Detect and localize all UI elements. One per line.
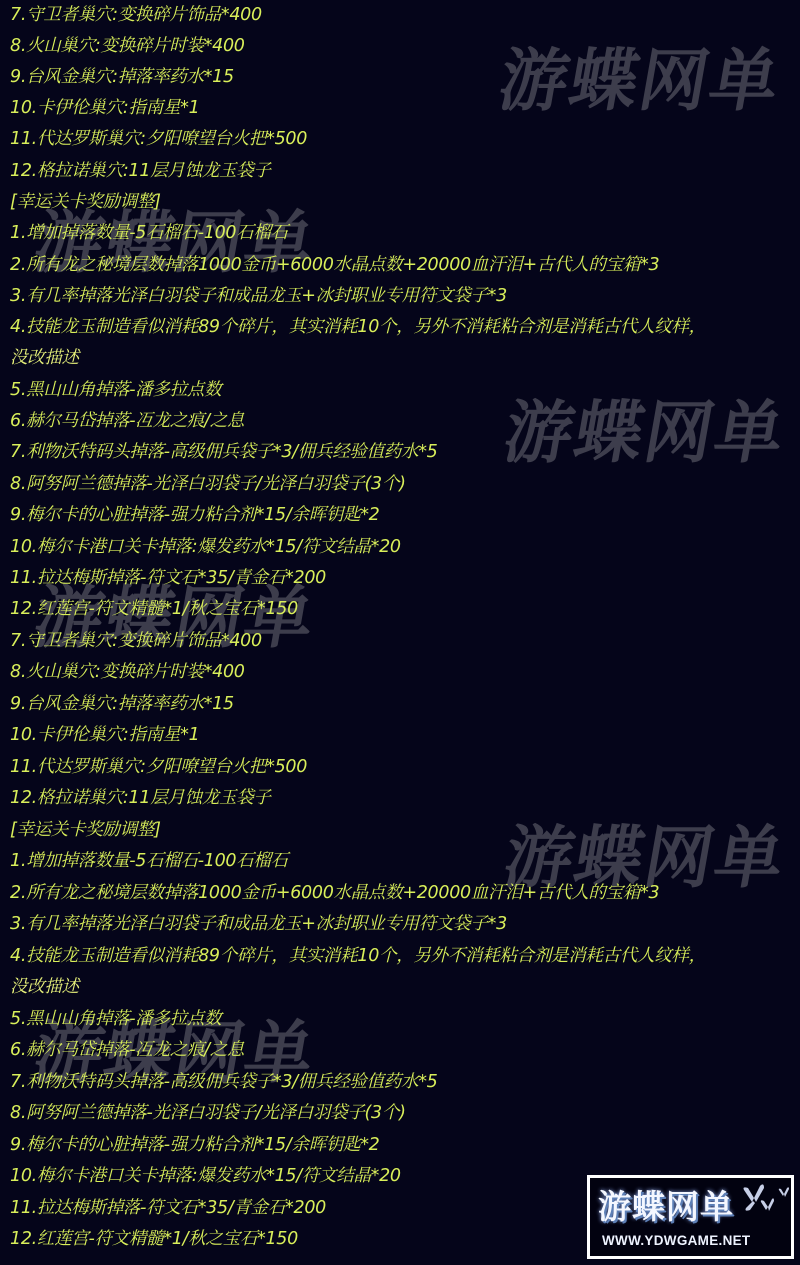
text-line: 没改描述 — [10, 343, 79, 374]
text-line: 12.红莲宫-符文精髓*1/秋之宝石*150 — [10, 1224, 298, 1255]
text-line: 11.拉达梅斯掉落-符文石*35/青金石*200 — [10, 563, 326, 594]
text-line: 1.增加掉落数量-5石榴石-100石榴石 — [10, 846, 288, 877]
text-line: 11.代达罗斯巢穴:夕阳嘹望台火把*500 — [10, 124, 307, 155]
text-line: 3.有几率掉落光泽白羽袋子和成品龙玉+冰封职业专用符文袋子*3 — [10, 281, 507, 312]
text-line: 8.火山巢穴:变换碎片时装*400 — [10, 31, 245, 62]
text-line: 10.梅尔卡港口关卡掉落:爆发药水*15/符文结晶*20 — [10, 1161, 401, 1192]
text-line: 12.红莲宫-符文精髓*1/秋之宝石*150 — [10, 594, 298, 625]
text-line: 6.赫尔马岱掉落-冱龙之痕/之息 — [10, 1035, 244, 1066]
text-line: 9.台风金巢穴:掉落率药水*15 — [10, 689, 234, 720]
text-line: 10.梅尔卡港口关卡掉落:爆发药水*15/符文结晶*20 — [10, 532, 401, 563]
section-heading: [幸运关卡奖励调整] — [10, 187, 161, 218]
text-line: 7.守卫者巢穴:变换碎片饰品*400 — [10, 626, 262, 657]
text-line: 3.有几率掉落光泽白羽袋子和成品龙玉+冰封职业专用符文袋子*3 — [10, 909, 507, 940]
logo-url: WWW.YDWGAME.NET — [602, 1234, 750, 1248]
text-line: 4.技能龙玉制造看似消耗89个碎片，其实消耗10个，另外不消耗粘合剂是消耗古代人… — [10, 312, 706, 343]
text-line: 4.技能龙玉制造看似消耗89个碎片，其实消耗10个，另外不消耗粘合剂是消耗古代人… — [10, 941, 706, 972]
text-line: 2.所有龙之秘境层数掉落1000金币+6000水晶点数+20000血汗泪+古代人… — [10, 250, 659, 281]
text-line: 1.增加掉落数量-5石榴石-100石榴石 — [10, 218, 288, 249]
text-line: 2.所有龙之秘境层数掉落1000金币+6000水晶点数+20000血汗泪+古代人… — [10, 878, 659, 909]
logo-title: 游蝶网单 — [598, 1190, 734, 1223]
text-line: 7.守卫者巢穴:变换碎片饰品*400 — [10, 0, 262, 31]
text-line: 9.梅尔卡的心脏掉落-强力粘合剂*15/余晖钥匙*2 — [10, 500, 380, 531]
watermark-3: 游蝶网单 — [499, 400, 791, 468]
text-line: 6.赫尔马岱掉落-冱龙之痕/之息 — [10, 406, 244, 437]
text-line: 没改描述 — [10, 972, 79, 1003]
text-line: 5.黑山山角掉落-潘多拉点数 — [10, 375, 221, 406]
text-line: 7.利物沃特码头掉落-高级佣兵袋子*3/佣兵经验值药水*5 — [10, 1067, 437, 1098]
text-line: 8.火山巢穴:变换碎片时装*400 — [10, 657, 245, 688]
watermark-1: 游蝶网单 — [494, 48, 786, 116]
text-line: 11.代达罗斯巢穴:夕阳嘹望台火把*500 — [10, 752, 307, 783]
site-logo: 游蝶网单 WWW.YDWGAME.NET — [587, 1175, 794, 1259]
text-line: 5.黑山山角掉落-潘多拉点数 — [10, 1004, 221, 1035]
section-heading: [幸运关卡奖励调整] — [10, 815, 161, 846]
text-line: 12.格拉诺巢穴:11层月蚀龙玉袋子 — [10, 156, 271, 187]
text-line: 7.利物沃特码头掉落-高级佣兵袋子*3/佣兵经验值药水*5 — [10, 437, 437, 468]
text-line: 10.卡伊伦巢穴:指南星*1 — [10, 720, 199, 751]
text-line: 10.卡伊伦巢穴:指南星*1 — [10, 93, 199, 124]
text-line: 9.台风金巢穴:掉落率药水*15 — [10, 62, 234, 93]
text-line: 11.拉达梅斯掉落-符文石*35/青金石*200 — [10, 1193, 326, 1224]
text-line: 8.阿努阿兰德掉落-光泽白羽袋子/光泽白羽袋子(3个) — [10, 1098, 406, 1129]
butterfly-icon — [740, 1180, 795, 1220]
text-line: 12.格拉诺巢穴:11层月蚀龙玉袋子 — [10, 783, 271, 814]
text-line: 9.梅尔卡的心脏掉落-强力粘合剂*15/余晖钥匙*2 — [10, 1130, 380, 1161]
text-line: 8.阿努阿兰德掉落-光泽白羽袋子/光泽白羽袋子(3个) — [10, 469, 406, 500]
